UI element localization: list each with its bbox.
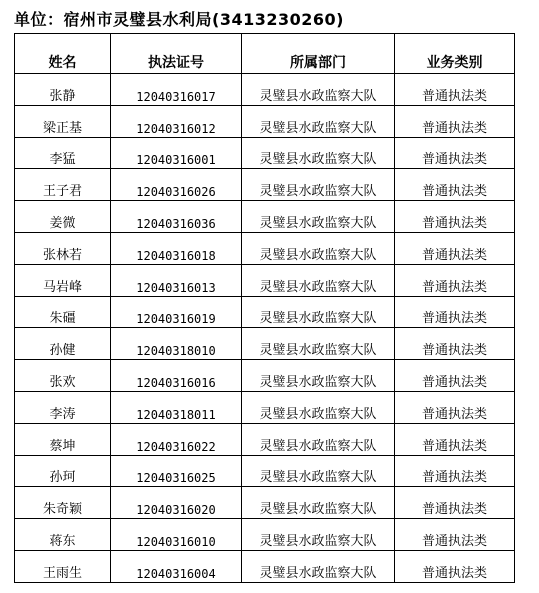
cell-license-number: 12040316026 xyxy=(111,169,242,201)
cell-business-category: 普通执法类 xyxy=(395,169,515,201)
table-header-row: 姓名 执法证号 所属部门 业务类别 xyxy=(15,34,515,74)
cell-department: 灵璧县水政监察大队 xyxy=(242,550,395,582)
header-department: 所属部门 xyxy=(242,34,395,74)
header-name: 姓名 xyxy=(15,34,111,74)
cell-license-number: 12040318011 xyxy=(111,391,242,423)
cell-name: 梁正基 xyxy=(15,105,111,137)
cell-department: 灵璧县水政监察大队 xyxy=(242,264,395,296)
cell-name: 王子君 xyxy=(15,169,111,201)
cell-license-number: 12040316017 xyxy=(111,74,242,106)
cell-name: 张静 xyxy=(15,74,111,106)
cell-business-category: 普通执法类 xyxy=(395,296,515,328)
cell-business-category: 普通执法类 xyxy=(395,550,515,582)
cell-business-category: 普通执法类 xyxy=(395,423,515,455)
table-row: 王子君12040316026灵璧县水政监察大队普通执法类 xyxy=(15,169,515,201)
cell-business-category: 普通执法类 xyxy=(395,519,515,551)
header-business-category: 业务类别 xyxy=(395,34,515,74)
cell-business-category: 普通执法类 xyxy=(395,360,515,392)
cell-department: 灵璧县水政监察大队 xyxy=(242,232,395,264)
cell-license-number: 12040316025 xyxy=(111,455,242,487)
cell-name: 孙珂 xyxy=(15,455,111,487)
cell-department: 灵璧县水政监察大队 xyxy=(242,105,395,137)
table-row: 张静12040316017灵璧县水政监察大队普通执法类 xyxy=(15,74,515,106)
cell-business-category: 普通执法类 xyxy=(395,137,515,169)
table-row: 李猛12040316001灵璧县水政监察大队普通执法类 xyxy=(15,137,515,169)
table-row: 王雨生12040316004灵璧县水政监察大队普通执法类 xyxy=(15,550,515,582)
table-row: 马岩峰12040316013灵璧县水政监察大队普通执法类 xyxy=(15,264,515,296)
cell-name: 朱礓 xyxy=(15,296,111,328)
cell-business-category: 普通执法类 xyxy=(395,328,515,360)
cell-name: 张林若 xyxy=(15,232,111,264)
cell-name: 张欢 xyxy=(15,360,111,392)
table-row: 朱礓12040316019灵璧县水政监察大队普通执法类 xyxy=(15,296,515,328)
cell-license-number: 12040316020 xyxy=(111,487,242,519)
cell-license-number: 12040318010 xyxy=(111,328,242,360)
cell-name: 马岩峰 xyxy=(15,264,111,296)
cell-license-number: 12040316016 xyxy=(111,360,242,392)
cell-department: 灵璧县水政监察大队 xyxy=(242,519,395,551)
cell-department: 灵璧县水政监察大队 xyxy=(242,169,395,201)
cell-business-category: 普通执法类 xyxy=(395,391,515,423)
cell-business-category: 普通执法类 xyxy=(395,264,515,296)
cell-name: 王雨生 xyxy=(15,550,111,582)
cell-department: 灵璧县水政监察大队 xyxy=(242,137,395,169)
cell-department: 灵璧县水政监察大队 xyxy=(242,487,395,519)
cell-license-number: 12040316019 xyxy=(111,296,242,328)
cell-department: 灵璧县水政监察大队 xyxy=(242,201,395,233)
table-row: 孙健12040318010灵璧县水政监察大队普通执法类 xyxy=(15,328,515,360)
cell-business-category: 普通执法类 xyxy=(395,487,515,519)
cell-business-category: 普通执法类 xyxy=(395,201,515,233)
cell-department: 灵璧县水政监察大队 xyxy=(242,360,395,392)
cell-department: 灵璧县水政监察大队 xyxy=(242,455,395,487)
cell-department: 灵璧县水政监察大队 xyxy=(242,328,395,360)
cell-name: 孙健 xyxy=(15,328,111,360)
table-row: 孙珂12040316025灵璧县水政监察大队普通执法类 xyxy=(15,455,515,487)
unit-title: 单位：宿州市灵璧县水利局(3413230260) xyxy=(14,10,344,30)
cell-license-number: 12040316010 xyxy=(111,519,242,551)
table-body: 张静12040316017灵璧县水政监察大队普通执法类梁正基1204031601… xyxy=(15,74,515,583)
cell-business-category: 普通执法类 xyxy=(395,232,515,264)
table-row: 朱奇颖12040316020灵璧县水政监察大队普通执法类 xyxy=(15,487,515,519)
cell-business-category: 普通执法类 xyxy=(395,74,515,106)
table-row: 姜微12040316036灵璧县水政监察大队普通执法类 xyxy=(15,201,515,233)
table-row: 张林若12040316018灵璧县水政监察大队普通执法类 xyxy=(15,232,515,264)
cell-department: 灵璧县水政监察大队 xyxy=(242,391,395,423)
table-row: 张欢12040316016灵璧县水政监察大队普通执法类 xyxy=(15,360,515,392)
enforcement-personnel-table: 姓名 执法证号 所属部门 业务类别 张静12040316017灵璧县水政监察大队… xyxy=(14,33,515,583)
cell-name: 蒋东 xyxy=(15,519,111,551)
cell-license-number: 12040316018 xyxy=(111,232,242,264)
table-row: 梁正基12040316012灵璧县水政监察大队普通执法类 xyxy=(15,105,515,137)
cell-department: 灵璧县水政监察大队 xyxy=(242,423,395,455)
cell-business-category: 普通执法类 xyxy=(395,455,515,487)
cell-name: 姜微 xyxy=(15,201,111,233)
cell-business-category: 普通执法类 xyxy=(395,105,515,137)
cell-license-number: 12040316012 xyxy=(111,105,242,137)
cell-name: 朱奇颖 xyxy=(15,487,111,519)
table-row: 蒋东12040316010灵璧县水政监察大队普通执法类 xyxy=(15,519,515,551)
cell-name: 李猛 xyxy=(15,137,111,169)
cell-license-number: 12040316013 xyxy=(111,264,242,296)
cell-department: 灵璧县水政监察大队 xyxy=(242,296,395,328)
cell-name: 蔡坤 xyxy=(15,423,111,455)
cell-license-number: 12040316036 xyxy=(111,201,242,233)
table-row: 李涛12040318011灵璧县水政监察大队普通执法类 xyxy=(15,391,515,423)
cell-license-number: 12040316001 xyxy=(111,137,242,169)
cell-license-number: 12040316004 xyxy=(111,550,242,582)
table-row: 蔡坤12040316022灵璧县水政监察大队普通执法类 xyxy=(15,423,515,455)
header-license-number: 执法证号 xyxy=(111,34,242,74)
cell-license-number: 12040316022 xyxy=(111,423,242,455)
cell-name: 李涛 xyxy=(15,391,111,423)
cell-department: 灵璧县水政监察大队 xyxy=(242,74,395,106)
